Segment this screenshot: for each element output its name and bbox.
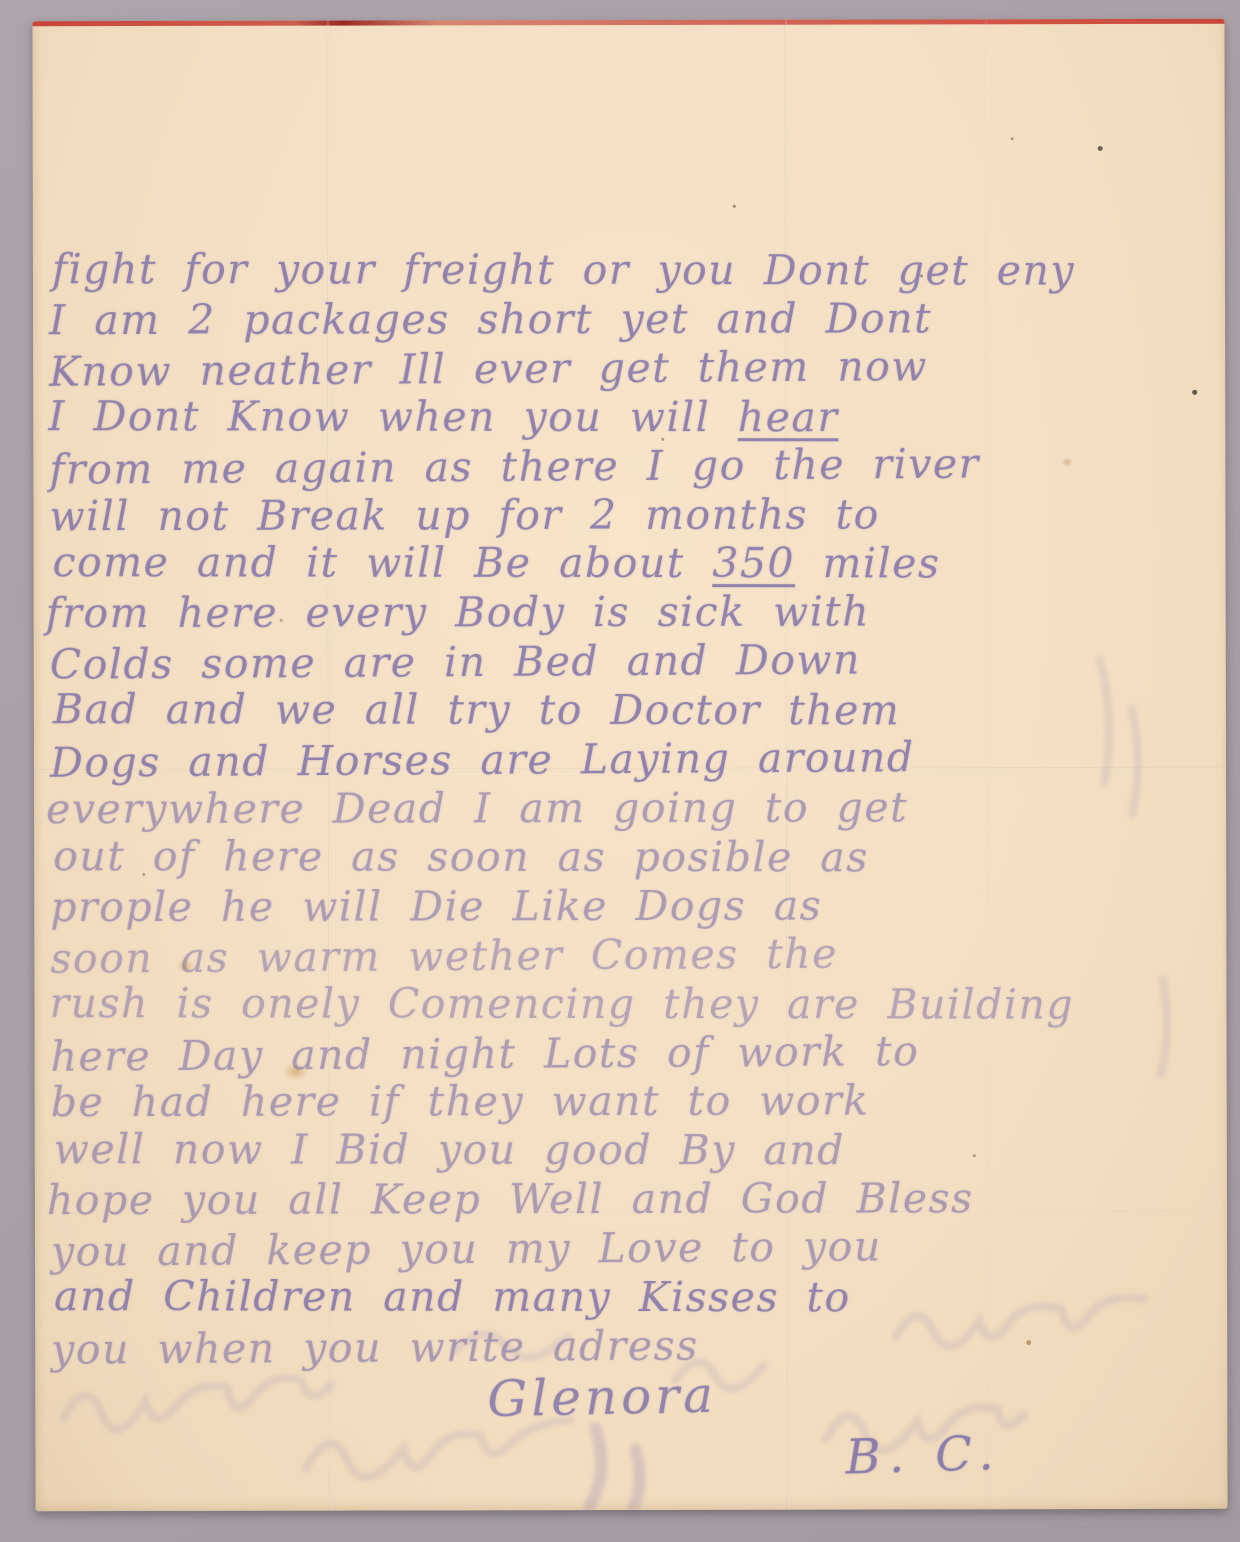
letter-line-text: miles	[795, 540, 941, 588]
letter-line: you and keep you my Love to you	[51, 1220, 1221, 1276]
letter-line: and Children and many Kisses to	[54, 1272, 1224, 1323]
letter-line-text: I Dont Know when you will	[48, 392, 738, 441]
letter-line: everywhere Dead I am going to get	[46, 783, 1220, 834]
letter-line: soon as warm wether Comes the	[50, 927, 1220, 983]
letter-line: I Dont Know when you will hear	[48, 392, 1222, 443]
letter-line: from here every Body is sick with	[46, 587, 1220, 638]
letter-line-text: come and it will Be about	[53, 539, 713, 588]
photo-backdrop: fight for your freight or you Dont get e…	[0, 0, 1240, 1542]
red-gilt-edge	[32, 19, 1224, 26]
letter-line: Bad and we all try to Doctor them	[53, 685, 1223, 736]
letter-line: hope you all Keep Well and God Bless	[47, 1174, 1221, 1225]
letter-body: fight for your freight or you Dont get e…	[49, 245, 1221, 1372]
underlined-word-hear: hear	[738, 393, 839, 441]
letter-line: will not Break up for 2 months to	[49, 489, 1219, 540]
letter-line: out of here as soon as posible as	[53, 832, 1223, 883]
letter-line: Colds some are in Bed and Down	[50, 633, 1220, 689]
letter-line: prople he will Die Like Dogs as	[50, 881, 1220, 932]
letter-line: Dogs and Horses are Laying around	[50, 731, 1220, 787]
letter-line: be had here if they want to work	[51, 1076, 1221, 1127]
signature-region: B. C.	[845, 1425, 1003, 1485]
underlined-word-350: 350	[712, 540, 795, 588]
letter-line: come and it will Be about 350 miles	[53, 539, 1223, 590]
letter-line: rush is onely Comencing they are Buildin…	[49, 979, 1223, 1030]
letter-line: well now I Bid you good By and	[54, 1125, 1224, 1176]
letter-line: fight for your freight or you Dont get e…	[52, 245, 1222, 296]
signature-place: Glenora	[487, 1366, 718, 1428]
paper-specks	[32, 21, 35, 24]
letter-line: Know neather Ill ever get them now	[49, 340, 1219, 396]
letter-line: from me again as there I go the river	[49, 438, 1219, 494]
letter-line: you when you write adress	[51, 1318, 1221, 1374]
letter-page: fight for your freight or you Dont get e…	[32, 19, 1227, 1511]
letter-line: I am 2 packages short yet and Dont	[49, 294, 1219, 345]
letter-line: here Day and night Lots of work to	[50, 1025, 1220, 1081]
